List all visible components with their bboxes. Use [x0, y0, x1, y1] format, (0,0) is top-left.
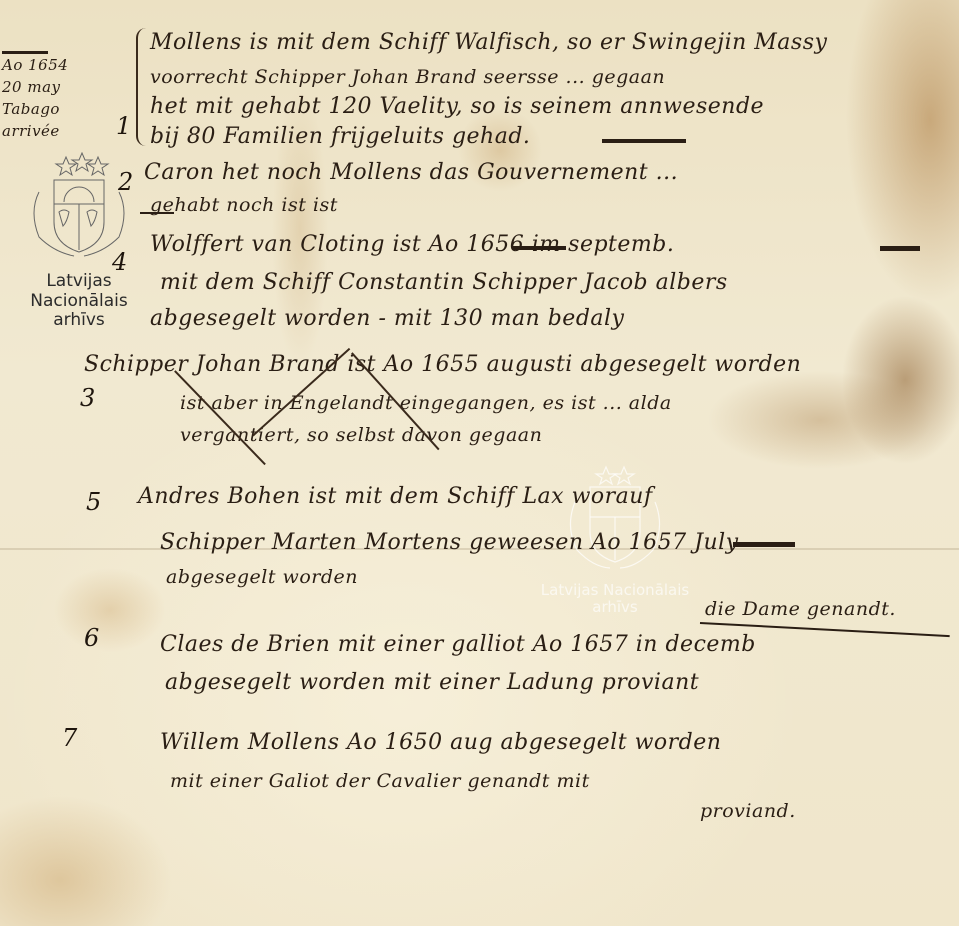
margin-note-line: Ao 1654	[2, 54, 68, 76]
entry-4-line: Wolffert van Cloting ist Ao 1656 im sept…	[150, 232, 674, 257]
strike-through-mark	[733, 542, 795, 547]
entry-3-line: ist aber in Engelandt eingegangen, es is…	[180, 392, 672, 414]
archive-name-faint-line1: Latvijas Nacionālais	[541, 582, 689, 599]
margin-note-struck	[2, 40, 42, 50]
entry-7-line: proviand.	[700, 800, 796, 822]
entry-7-line: Willem Mollens Ao 1650 aug abgesegelt wo…	[160, 730, 721, 755]
entry-number: 5	[86, 488, 101, 516]
archive-name: Latvijas Nacionālais arhīvs	[4, 272, 154, 331]
entry-number: 6	[84, 624, 99, 652]
entry-5-line: Andres Bohen ist mit dem Schiff Lax wora…	[138, 484, 653, 509]
margin-strike-mark	[2, 51, 48, 54]
archive-name-faint-line2: arhīvs	[541, 599, 689, 616]
margin-note-line: Tabago	[2, 98, 68, 120]
entry-2-line: Caron het noch Mollens das Gouvernement …	[144, 160, 678, 185]
margin-note-line: arrivée	[2, 120, 68, 142]
entry-number: 3	[80, 384, 95, 412]
archive-name-faint: Latvijas Nacionālais arhīvs	[541, 582, 689, 617]
strike-through-mark	[880, 246, 920, 251]
entry-6-line: abgesegelt worden mit einer Ladung provi…	[165, 670, 699, 695]
strike-through-mark	[602, 139, 686, 143]
entry-3-line: vergantiert, so selbst davon gegaan	[180, 424, 542, 446]
entry-1-line: Mollens is mit dem Schiff Walfisch, so e…	[150, 30, 827, 55]
archive-name-line2: arhīvs	[4, 311, 154, 331]
entry-number: 4	[112, 248, 127, 276]
archive-name-line1: Latvijas Nacionālais	[4, 272, 154, 311]
underline-mark	[140, 212, 174, 214]
margin-note-line: 20 may	[2, 76, 68, 98]
margin-note: Ao 1654 20 may Tabago arrivée	[2, 40, 68, 142]
entry-number: 2	[118, 168, 133, 196]
entry-6-line: Claes de Brien mit einer galliot Ao 1657…	[160, 632, 756, 657]
entry-5-line: Schipper Marten Mortens geweesen Ao 1657…	[160, 530, 739, 555]
entry-1-line: het mit gehabt 120 Vaelity, so is seinem…	[150, 94, 764, 119]
entry-6-insert: die Dame genandt.	[705, 598, 896, 620]
entry-4-line: abgesegelt worden - mit 130 man bedaly	[150, 306, 625, 331]
entry-number: 7	[62, 724, 77, 752]
entry-1-brace	[136, 28, 150, 146]
entry-3-line: Schipper Johan Brand ist Ao 1655 augusti…	[84, 352, 801, 377]
entry-1-line: bij 80 Familien frijgeluits gehad.	[150, 124, 530, 149]
strike-through-mark	[512, 246, 566, 250]
latvia-coat-of-arms-icon	[565, 462, 665, 582]
entry-7-line: mit einer Galiot der Cavalier genandt mi…	[170, 770, 590, 792]
entry-4-line: mit dem Schiff Constantin Schipper Jacob…	[160, 270, 728, 295]
entry-5-line: abgesegelt worden	[166, 566, 358, 588]
entry-2-line: gehabt noch ist ist	[150, 194, 338, 216]
entry-1-line: voorrecht Schipper Johan Brand seersse .…	[150, 66, 665, 88]
entry-number: 1	[116, 112, 131, 140]
